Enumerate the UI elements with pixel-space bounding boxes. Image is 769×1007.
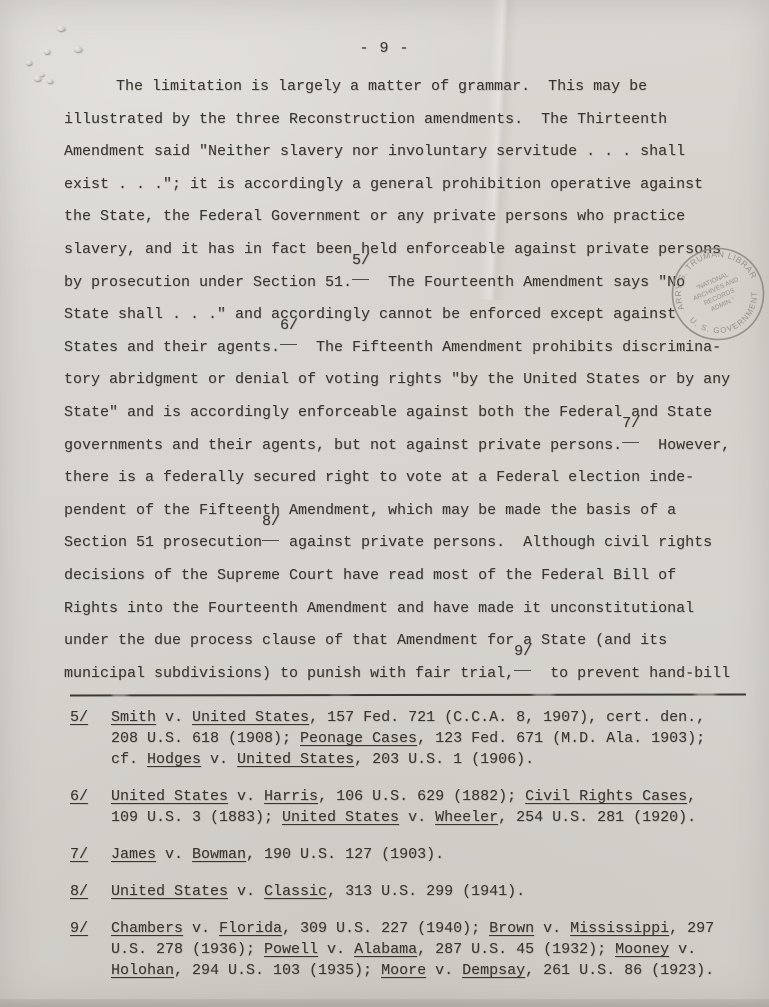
paper-damage-speck xyxy=(26,60,32,65)
text-segment: v. xyxy=(399,809,435,826)
footnote-text: United States v. Harris, 106 U.S. 629 (1… xyxy=(111,786,696,828)
footnote-line: 208 U.S. 618 (1908); Peonage Cases, 123 … xyxy=(111,728,705,749)
footnote-reference: 9/ xyxy=(514,662,532,677)
footnote-reference: 5/ xyxy=(352,271,370,286)
footnote-reference: 6/ xyxy=(280,336,298,351)
text-segment: there is a federally secured right to vo… xyxy=(64,469,694,486)
text-segment: , 106 U.S. 629 (1882); xyxy=(318,788,525,805)
text-segment: v. xyxy=(669,941,696,958)
footnote-line: James v. Bowman, 190 U.S. 127 (1903). xyxy=(111,844,444,865)
text-segment: State" and is accordingly enforceable ag… xyxy=(64,404,712,421)
case-name: Powell xyxy=(264,941,318,958)
footnote-line: Chambers v. Florida, 309 U.S. 227 (1940)… xyxy=(111,918,714,939)
body-line: tory abridgment or denial of voting righ… xyxy=(64,364,766,397)
footnote-line: Smith v. United States, 157 Fed. 721 (C.… xyxy=(111,707,705,728)
footnote-marker: 8/ xyxy=(70,881,97,902)
body-line: State" and is accordingly enforceable ag… xyxy=(64,397,766,430)
text-segment: , 313 U.S. 299 (1941). xyxy=(327,883,525,900)
body-line: municipal subdivisions) to punish with f… xyxy=(64,658,766,691)
text-segment: State shall . . ." and accordingly canno… xyxy=(64,306,676,323)
case-name: Holohan xyxy=(111,962,174,979)
text-segment: v. xyxy=(183,920,219,937)
page-bottom-edge xyxy=(0,999,769,1007)
body-line: illustrated by the three Reconstruction … xyxy=(64,104,766,137)
text-segment: Section 51 prosecution xyxy=(64,534,262,551)
body-text: The limitation is largely a matter of gr… xyxy=(64,71,766,690)
text-segment: Rights into the Fourteenth Amendment and… xyxy=(64,600,694,617)
footnote-separator-rule xyxy=(70,694,746,697)
case-name: Florida xyxy=(219,920,282,937)
body-line: governments and their agents, but not ag… xyxy=(64,430,766,463)
case-name: Peonage Cases xyxy=(300,730,417,747)
case-name: Alabama xyxy=(354,941,417,958)
text-segment: However, xyxy=(640,437,730,454)
footnote: 9/Chambers v. Florida, 309 U.S. 227 (194… xyxy=(70,918,760,981)
case-name: Wheeler xyxy=(435,809,498,826)
footnote: 7/James v. Bowman, 190 U.S. 127 (1903). xyxy=(70,844,760,865)
case-name: Smith xyxy=(111,709,156,726)
text-segment: under the due process clause of that Ame… xyxy=(64,632,667,649)
footnote-text: United States v. Classic, 313 U.S. 299 (… xyxy=(111,881,525,902)
case-name: Moore xyxy=(381,962,426,979)
case-name: United States xyxy=(192,709,309,726)
footnote-text: Chambers v. Florida, 309 U.S. 227 (1940)… xyxy=(111,918,714,981)
body-line: pendent of the Fifteenth Amendment, whic… xyxy=(64,495,766,528)
text-segment: governments and their agents, but not ag… xyxy=(64,437,622,454)
text-segment: by prosecution under Section 51. xyxy=(64,274,352,291)
text-segment: , 254 U.S. 281 (1920). xyxy=(498,809,696,826)
document-page: - 9 - The limitation is largely a matter… xyxy=(0,0,769,1007)
text-segment: , 297 xyxy=(669,920,714,937)
body-line: exist . . ."; it is accordingly a genera… xyxy=(64,169,766,202)
footnote-reference: 8/ xyxy=(262,531,280,546)
text-segment: , 157 Fed. 721 (C.C.A. 8, 1907), cert. d… xyxy=(309,709,705,726)
text-segment: , 309 U.S. 227 (1940); xyxy=(282,920,489,937)
text-segment: to prevent hand-bill xyxy=(532,665,730,682)
body-line: Section 51 prosecution8/ against private… xyxy=(64,527,766,560)
paper-damage-speck xyxy=(57,26,65,31)
text-segment: municipal subdivisions) to punish with f… xyxy=(64,665,514,682)
body-line: there is a federally secured right to vo… xyxy=(64,462,766,495)
text-segment: , 123 Fed. 671 (M.D. Ala. 1903); xyxy=(417,730,705,747)
text-segment: v. xyxy=(156,846,192,863)
body-line: Rights into the Fourteenth Amendment and… xyxy=(64,593,766,626)
text-segment: 208 U.S. 618 (1908); xyxy=(111,730,300,747)
text-segment: v. xyxy=(228,883,264,900)
text-segment: the State, the Federal Government or any… xyxy=(64,208,685,225)
paper-damage-speck xyxy=(34,76,41,81)
case-name: United States xyxy=(111,788,228,805)
text-segment: , 261 U.S. 86 (1923). xyxy=(525,962,714,979)
text-segment: pendent of the Fifteenth Amendment, whic… xyxy=(64,502,676,519)
case-name: Harris xyxy=(264,788,318,805)
text-segment: , xyxy=(687,788,696,805)
body-line: decisions of the Supreme Court have read… xyxy=(64,560,766,593)
footnotes: 5/Smith v. United States, 157 Fed. 721 (… xyxy=(70,707,760,997)
paper-damage-speck xyxy=(40,73,44,76)
body-line: under the due process clause of that Ame… xyxy=(64,625,766,658)
footnote-marker: 6/ xyxy=(70,786,97,828)
text-segment: against private persons. Although civil … xyxy=(280,534,712,551)
case-name: Mississippi xyxy=(570,920,669,937)
paper-damage-speck xyxy=(47,79,53,83)
text-segment: cf. xyxy=(111,751,147,768)
case-name: Brown xyxy=(489,920,534,937)
case-name: James xyxy=(111,846,156,863)
footnote: 8/United States v. Classic, 313 U.S. 299… xyxy=(70,881,760,902)
text-segment: , 190 U.S. 127 (1903). xyxy=(246,846,444,863)
page-number: - 9 - xyxy=(0,40,769,57)
text-segment: Amendment said "Neither slavery nor invo… xyxy=(64,143,685,160)
text-segment: decisions of the Supreme Court have read… xyxy=(64,567,676,584)
case-name: Hodges xyxy=(147,751,201,768)
text-segment: v. xyxy=(201,751,237,768)
text-segment: The Fourteenth Amendment says "No xyxy=(370,274,685,291)
body-line: State shall . . ." and accordingly canno… xyxy=(64,299,766,332)
footnote-text: Smith v. United States, 157 Fed. 721 (C.… xyxy=(111,707,705,770)
footnote-line: 109 U.S. 3 (1883); United States v. Whee… xyxy=(111,807,696,828)
text-segment: illustrated by the three Reconstruction … xyxy=(64,111,667,128)
footnote-line: cf. Hodges v. United States, 203 U.S. 1 … xyxy=(111,749,705,770)
text-segment: U.S. 278 (1936); xyxy=(111,941,264,958)
text-segment: The Fifteenth Amendment prohibits discri… xyxy=(298,339,721,356)
text-segment: , 287 U.S. 45 (1932); xyxy=(417,941,615,958)
case-name: Chambers xyxy=(111,920,183,937)
text-segment: v. xyxy=(534,920,570,937)
footnote-marker: 9/ xyxy=(70,918,97,981)
footnote: 5/Smith v. United States, 157 Fed. 721 (… xyxy=(70,707,760,770)
case-name: Dempsay xyxy=(462,962,525,979)
footnote-text: James v. Bowman, 190 U.S. 127 (1903). xyxy=(111,844,444,865)
body-line: Amendment said "Neither slavery nor invo… xyxy=(64,136,766,169)
text-segment: , 294 U.S. 103 (1935); xyxy=(174,962,381,979)
text-segment: States and their agents. xyxy=(64,339,280,356)
case-name: Bowman xyxy=(192,846,246,863)
footnote-line: Holohan, 294 U.S. 103 (1935); Moore v. D… xyxy=(111,960,714,981)
case-name: United States xyxy=(111,883,228,900)
archive-stamp: HARRY S. TRUMAN LIBRARY U. S. GOVERNMENT… xyxy=(664,240,769,348)
text-segment: The limitation is largely a matter of gr… xyxy=(116,78,647,95)
text-segment: exist . . ."; it is accordingly a genera… xyxy=(64,176,703,193)
text-segment: tory abridgment or denial of voting righ… xyxy=(64,371,730,388)
text-segment: v. xyxy=(318,941,354,958)
case-name: Classic xyxy=(264,883,327,900)
text-segment: v. xyxy=(156,709,192,726)
body-line: by prosecution under Section 51.5/ The F… xyxy=(64,267,766,300)
body-line: The limitation is largely a matter of gr… xyxy=(64,71,766,104)
text-segment: , 203 U.S. 1 (1906). xyxy=(354,751,534,768)
text-segment: slavery, and it has in fact been held en… xyxy=(64,241,721,258)
case-name: Civil Rights Cases xyxy=(525,788,687,805)
footnote-marker: 5/ xyxy=(70,707,97,770)
case-name: United States xyxy=(237,751,354,768)
footnote-line: United States v. Classic, 313 U.S. 299 (… xyxy=(111,881,525,902)
case-name: United States xyxy=(282,809,399,826)
case-name: Mooney xyxy=(615,941,669,958)
body-line: slavery, and it has in fact been held en… xyxy=(64,234,766,267)
text-segment: v. xyxy=(228,788,264,805)
footnote-line: U.S. 278 (1936); Powell v. Alabama, 287 … xyxy=(111,939,714,960)
body-line: the State, the Federal Government or any… xyxy=(64,201,766,234)
text-segment: v. xyxy=(426,962,462,979)
footnote-marker: 7/ xyxy=(70,844,97,865)
text-segment: 109 U.S. 3 (1883); xyxy=(111,809,282,826)
footnote-reference: 7/ xyxy=(622,434,640,449)
footnote: 6/United States v. Harris, 106 U.S. 629 … xyxy=(70,786,760,828)
footnote-line: United States v. Harris, 106 U.S. 629 (1… xyxy=(111,786,696,807)
body-line: States and their agents.6/ The Fifteenth… xyxy=(64,332,766,365)
